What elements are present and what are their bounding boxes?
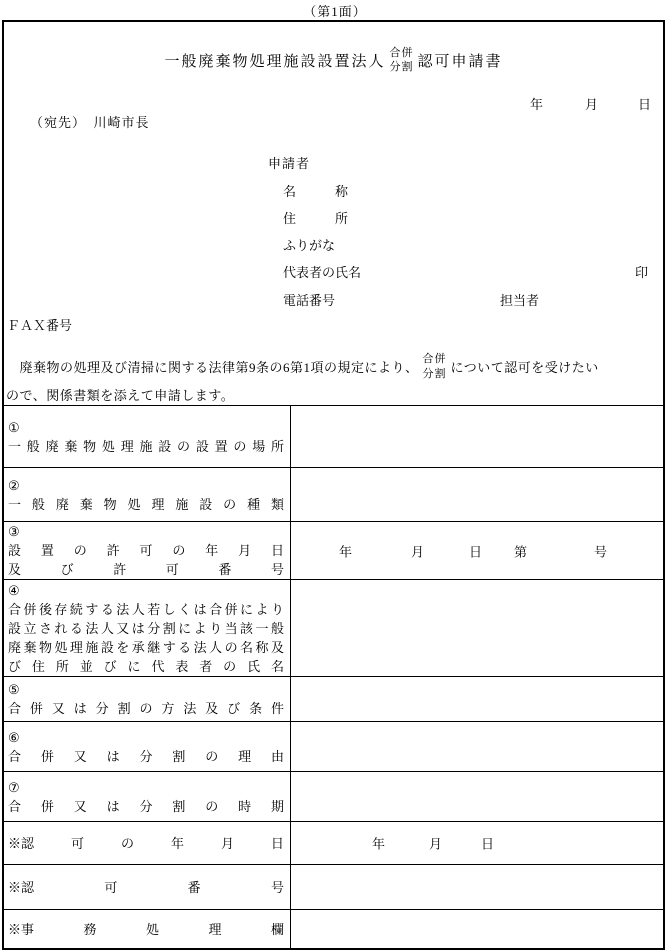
applicant-address-label: 住 所	[283, 208, 348, 227]
row-value-cell: 年月日第号	[291, 522, 663, 579]
table-row: ②一般廃棄物処理施設の種類	[4, 467, 663, 521]
statement-line1-after: について認可を受けたい	[451, 357, 599, 376]
label-line: ※認可番号	[8, 878, 284, 897]
seal-mark-label: 印	[635, 262, 648, 281]
form-title-suffix: 認可申請書	[418, 50, 503, 71]
label-segment: 日	[271, 834, 284, 853]
label-segment: ※認	[8, 878, 34, 897]
form-title: 一般廃棄物処理施設設置法人 合併 分割 認可申請書	[4, 46, 663, 75]
label-line: 合併後存続する法人若しくは合併により	[8, 600, 284, 619]
label-line: 一般廃棄物処理施設の種類	[8, 495, 284, 514]
statement-line1-before: 廃棄物の処理及び清掃に関する法律第9条の6第1項の規定により、	[6, 357, 419, 376]
title-division-option: 分割	[390, 60, 414, 74]
table-row: ③設置の許可の年月日及び許可番号年月日第号	[4, 521, 663, 579]
statement-merger-option: 合併	[423, 352, 447, 366]
label-segment: 年	[171, 834, 184, 853]
label-line: ※事務処理欄	[8, 920, 284, 939]
label-segment: 処	[146, 920, 159, 939]
applicant-furigana-label: ふりがな	[283, 235, 335, 254]
label-line: 一般廃棄物処理施設の設置の場所	[8, 437, 284, 456]
row-value-cell	[291, 910, 663, 948]
value-unit-label: 号	[594, 541, 607, 560]
label-segment: の	[121, 834, 134, 853]
form-page: （第1面） 一般廃棄物処理施設設置法人 合併 分割 認可申請書 年 月 日 （宛…	[0, 0, 670, 952]
row-label: ⑤合併又は分割の方法及び条件	[4, 677, 291, 721]
header-date-month-label: 月	[585, 94, 598, 113]
label-segment: 可	[71, 834, 84, 853]
table-row: ⑦合併又は分割の時期	[4, 771, 663, 821]
form-border-box: 一般廃棄物処理施設設置法人 合併 分割 認可申請書 年 月 日 （宛先） 川崎市…	[2, 20, 665, 950]
row-label: ※認可番号	[4, 865, 291, 909]
label-segment: ※事	[8, 920, 34, 939]
label-segment: 月	[221, 834, 234, 853]
title-merger-option: 合併	[390, 46, 414, 60]
row-value-cell	[291, 677, 663, 721]
application-statement: 廃棄物の処理及び清掃に関する法律第9条の6第1項の規定により、 合併 分割 につ…	[6, 348, 664, 404]
row-label: ⑦合併又は分割の時期	[4, 772, 291, 821]
table-row: ①一般廃棄物処理施設の設置の場所	[4, 406, 663, 467]
label-line: 設置の許可の年月日	[8, 541, 284, 560]
label-line: 廃棄物処理施設を承継する法人の名称及	[8, 638, 284, 657]
label-line: 合併又は分割の理由	[8, 747, 284, 766]
table-row: ※認可の年月日年月日	[4, 821, 663, 864]
row-value-cell	[291, 722, 663, 771]
label-line: ⑦	[8, 778, 284, 797]
applicant-name-label: 名 称	[283, 181, 348, 200]
value-unit-label: 第	[514, 541, 527, 560]
value-unit-label: 日	[469, 541, 482, 560]
label-line: ①	[8, 418, 284, 437]
row-value-cell	[291, 865, 663, 909]
label-line: ③	[8, 522, 284, 541]
statement-merger-division-stack: 合併 分割	[423, 352, 447, 381]
row-label: ⑥合併又は分割の理由	[4, 722, 291, 771]
label-line: び住所並びに代表者の氏名	[8, 657, 284, 676]
value-unit-label: 年	[372, 834, 385, 853]
fax-number-label: ＦＡＸ番号	[7, 315, 72, 334]
row-label: ※認可の年月日	[4, 822, 291, 864]
row-label: ③設置の許可の年月日及び許可番号	[4, 522, 291, 579]
label-segment: 番	[188, 878, 201, 897]
row-label: ④合併後存続する法人若しくは合併により設立される法人又は分割により当該一般廃棄物…	[4, 580, 291, 676]
label-line: 合併又は分割の方法及び条件	[8, 699, 284, 718]
row-value-cell: 年月日	[291, 822, 663, 864]
label-line: 合併又は分割の時期	[8, 797, 284, 816]
label-line: ※認可の年月日	[8, 834, 284, 853]
label-line: ④	[8, 581, 284, 600]
table-row: ⑤合併又は分割の方法及び条件	[4, 676, 663, 721]
label-segment: 務	[83, 920, 96, 939]
applicant-representative-label: 代表者の氏名	[283, 262, 361, 281]
label-segment: 理	[208, 920, 221, 939]
label-line: 及び許可番号	[8, 560, 284, 579]
label-segment: ※認	[8, 834, 34, 853]
row-label: ①一般廃棄物処理施設の設置の場所	[4, 406, 291, 467]
applicant-phone-label: 電話番号	[283, 290, 335, 309]
sheet-number-label: （第1面）	[0, 1, 670, 20]
row-label: ②一般廃棄物処理施設の種類	[4, 468, 291, 521]
label-line: 設立される法人又は分割により当該一般	[8, 619, 284, 638]
statement-line1: 廃棄物の処理及び清掃に関する法律第9条の6第1項の規定により、 合併 分割 につ…	[6, 348, 664, 385]
statement-line2: ので、関係書類を添えて申請します。	[6, 385, 664, 404]
table-row: ⑥合併又は分割の理由	[4, 721, 663, 771]
value-unit-label: 年	[339, 541, 352, 560]
table-row: ※認可番号	[4, 864, 663, 909]
title-merger-division-stack: 合併 分割	[390, 46, 414, 75]
label-line: ⑤	[8, 680, 284, 699]
value-unit-label: 月	[429, 834, 442, 853]
header-date-day-label: 日	[638, 94, 651, 113]
header-date-year-label: 年	[530, 94, 543, 113]
label-segment: 可	[104, 878, 117, 897]
row-value-cell	[291, 772, 663, 821]
row-value-cell	[291, 468, 663, 521]
value-unit-label: 日	[481, 834, 494, 853]
row-label: ※事務処理欄	[4, 910, 291, 948]
label-segment: 欄	[271, 920, 284, 939]
label-line: ②	[8, 476, 284, 495]
row-value-cell	[291, 580, 663, 676]
addressee-line: （宛先） 川崎市長	[30, 112, 150, 131]
form-title-prefix: 一般廃棄物処理施設設置法人	[164, 50, 385, 71]
form-table: ①一般廃棄物処理施設の設置の場所②一般廃棄物処理施設の種類③設置の許可の年月日及…	[4, 405, 663, 948]
applicant-heading: 申請者	[268, 153, 310, 172]
label-segment: 号	[271, 878, 284, 897]
table-row: ④合併後存続する法人若しくは合併により設立される法人又は分割により当該一般廃棄物…	[4, 579, 663, 676]
table-row: ※事務処理欄	[4, 909, 663, 948]
staff-in-charge-label: 担当者	[500, 290, 539, 309]
statement-division-option: 分割	[423, 367, 447, 381]
value-unit-label: 月	[411, 541, 424, 560]
row-value-cell	[291, 406, 663, 467]
label-line: ⑥	[8, 728, 284, 747]
